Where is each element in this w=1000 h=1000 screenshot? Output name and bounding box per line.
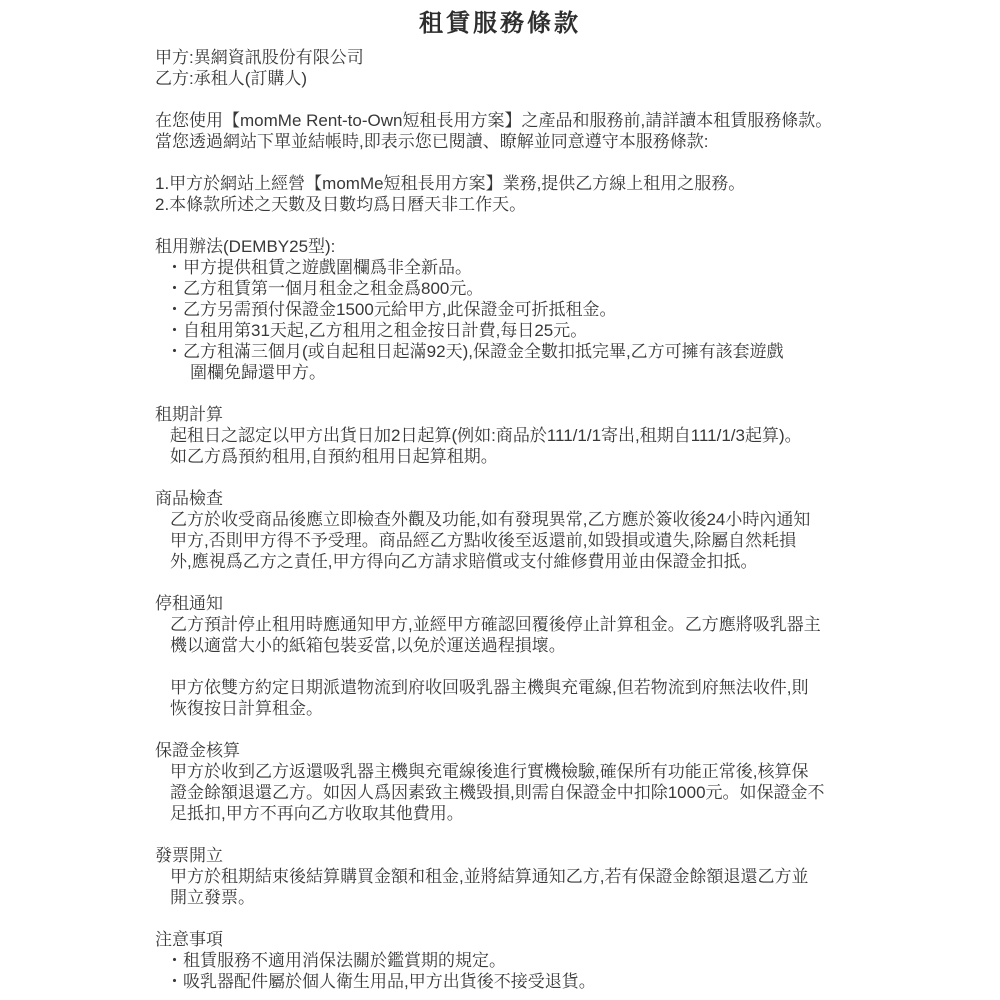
heading-line: 乙方:承租人(訂購人): [0, 68, 1000, 89]
text-block-invoice-issuance: 發票開立甲方於租期結束後結算購買金額和租金,並將結算通知乙方,若有保證金餘額退還…: [0, 845, 1000, 908]
text-block-intro: 在您使用【momMe Rent-to-Own短租長用方案】之產品和服務前,請詳讀…: [0, 110, 1000, 152]
bullet-dot-icon: ・: [166, 258, 183, 277]
text-block-rental-period: 租期計算起租日之認定以甲方出貨日加2日起算(例如:商品於111/1/1寄出,租期…: [0, 404, 1000, 467]
paragraph-line: 恢復按日計算租金。: [0, 698, 1000, 719]
paragraph-line: 甲方依雙方約定日期派遣物流到府收回吸乳器主機與充電線,但若物流到府無法收件,則: [0, 677, 1000, 698]
bullet-item: ・甲方提供租賃之遊戲圍欄爲非全新品。: [0, 257, 1000, 278]
heading-line: 停租通知: [0, 593, 1000, 614]
paragraph-line: 證金餘額退還乙方。如因人爲因素致主機毀損,則需自保證金中扣除1000元。如保證金…: [0, 782, 1000, 803]
paragraph-line: 開立發票。: [0, 887, 1000, 908]
text-block-parties: 甲方:異網資訊股份有限公司乙方:承租人(訂購人): [0, 47, 1000, 89]
text-block-notes: 注意事項・租賃服務不適用消保法關於鑑賞期的規定。・吸乳器配件屬於個人衛生用品,甲…: [0, 929, 1000, 992]
document-body: 甲方:異網資訊股份有限公司乙方:承租人(訂購人)在您使用【momMe Rent-…: [0, 47, 1000, 992]
heading-line: 商品檢查: [0, 488, 1000, 509]
paragraph-line: 機以適當大小的紙箱包裝妥當,以免於運送過程損壞。: [0, 635, 1000, 656]
paragraph-line: 如乙方爲預約租用,自預約租用日起算租期。: [0, 446, 1000, 467]
document-title: 租賃服務條款: [0, 0, 1000, 38]
paragraph-line: 甲方於租期結束後結算購買金額和租金,並將結算通知乙方,若有保證金餘額退還乙方並: [0, 866, 1000, 887]
bullet-item: ・自租用第31天起,乙方租用之租金按日計費,每日25元。: [0, 320, 1000, 341]
heading-line: 租期計算: [0, 404, 1000, 425]
heading-line: 甲方:異網資訊股份有限公司: [0, 47, 1000, 68]
paragraph-line: 乙方於收受商品後應立即檢查外觀及功能,如有發現異常,乙方應於簽收後24小時內通知: [0, 509, 1000, 530]
text-block-general-clauses: 1.甲方於網站上經營【momMe短租長用方案】業務,提供乙方線上租用之服務。2.…: [0, 173, 1000, 215]
heading-line: 保證金核算: [0, 740, 1000, 761]
paragraph-line: 甲方於收到乙方返還吸乳器主機與充電線後進行實機檢驗,確保所有功能正常後,核算保: [0, 761, 1000, 782]
heading-line: 在您使用【momMe Rent-to-Own短租長用方案】之產品和服務前,請詳讀…: [0, 110, 1000, 131]
heading-line: 當您透過網站下單並結帳時,即表示您已閱讀、瞭解並同意遵守本服務條款:: [0, 131, 1000, 152]
bullet-dot-icon: ・: [166, 321, 183, 340]
heading-line: 2.本條款所述之天數及日數均爲日曆天非工作天。: [0, 194, 1000, 215]
heading-line: 1.甲方於網站上經營【momMe短租長用方案】業務,提供乙方線上租用之服務。: [0, 173, 1000, 194]
bullet-dot-icon: ・: [166, 972, 183, 991]
bullet-dot-icon: ・: [166, 951, 183, 970]
bullet-item: ・吸乳器配件屬於個人衛生用品,甲方出貨後不接受退貨。: [0, 971, 1000, 992]
terms-document-page: 租賃服務條款 甲方:異網資訊股份有限公司乙方:承租人(訂購人)在您使用【momM…: [0, 0, 1000, 1000]
heading-line: 租用辦法(DEMBY25型):: [0, 236, 1000, 257]
text-block-deposit-settlement: 保證金核算甲方於收到乙方返還吸乳器主機與充電線後進行實機檢驗,確保所有功能正常後…: [0, 740, 1000, 824]
bullet-continuation-line: 圍欄免歸還甲方。: [0, 362, 1000, 383]
bullet-item: ・乙方租滿三個月(或自起租日起滿92天),保證金全數扣抵完畢,乙方可擁有該套遊戲: [0, 341, 1000, 362]
blank-line: [0, 656, 1000, 677]
heading-line: 發票開立: [0, 845, 1000, 866]
text-block-product-inspection: 商品檢查乙方於收受商品後應立即檢查外觀及功能,如有發現異常,乙方應於簽收後24小…: [0, 488, 1000, 572]
bullet-dot-icon: ・: [166, 342, 183, 361]
paragraph-line: 甲方,否則甲方得不予受理。商品經乙方點收後至返還前,如毀損或遺失,除屬自然耗損: [0, 530, 1000, 551]
paragraph-line: 外,應視爲乙方之責任,甲方得向乙方請求賠償或支付維修費用並由保證金扣抵。: [0, 551, 1000, 572]
bullet-item: ・乙方另需預付保證金1500元給甲方,此保證金可折抵租金。: [0, 299, 1000, 320]
bullet-dot-icon: ・: [166, 300, 183, 319]
text-block-stop-rental-notice: 停租通知乙方預計停止租用時應通知甲方,並經甲方確認回覆後停止計算租金。乙方應將吸…: [0, 593, 1000, 719]
paragraph-line: 足抵扣,甲方不再向乙方收取其他費用。: [0, 803, 1000, 824]
bullet-item: ・乙方租賃第一個月租金之租金爲800元。: [0, 278, 1000, 299]
heading-line: 注意事項: [0, 929, 1000, 950]
bullet-item: ・租賃服務不適用消保法關於鑑賞期的規定。: [0, 950, 1000, 971]
bullet-dot-icon: ・: [166, 279, 183, 298]
paragraph-line: 乙方預計停止租用時應通知甲方,並經甲方確認回覆後停止計算租金。乙方應將吸乳器主: [0, 614, 1000, 635]
text-block-rental-method: 租用辦法(DEMBY25型):・甲方提供租賃之遊戲圍欄爲非全新品。・乙方租賃第一…: [0, 236, 1000, 383]
paragraph-line: 起租日之認定以甲方出貨日加2日起算(例如:商品於111/1/1寄出,租期自111…: [0, 425, 1000, 446]
